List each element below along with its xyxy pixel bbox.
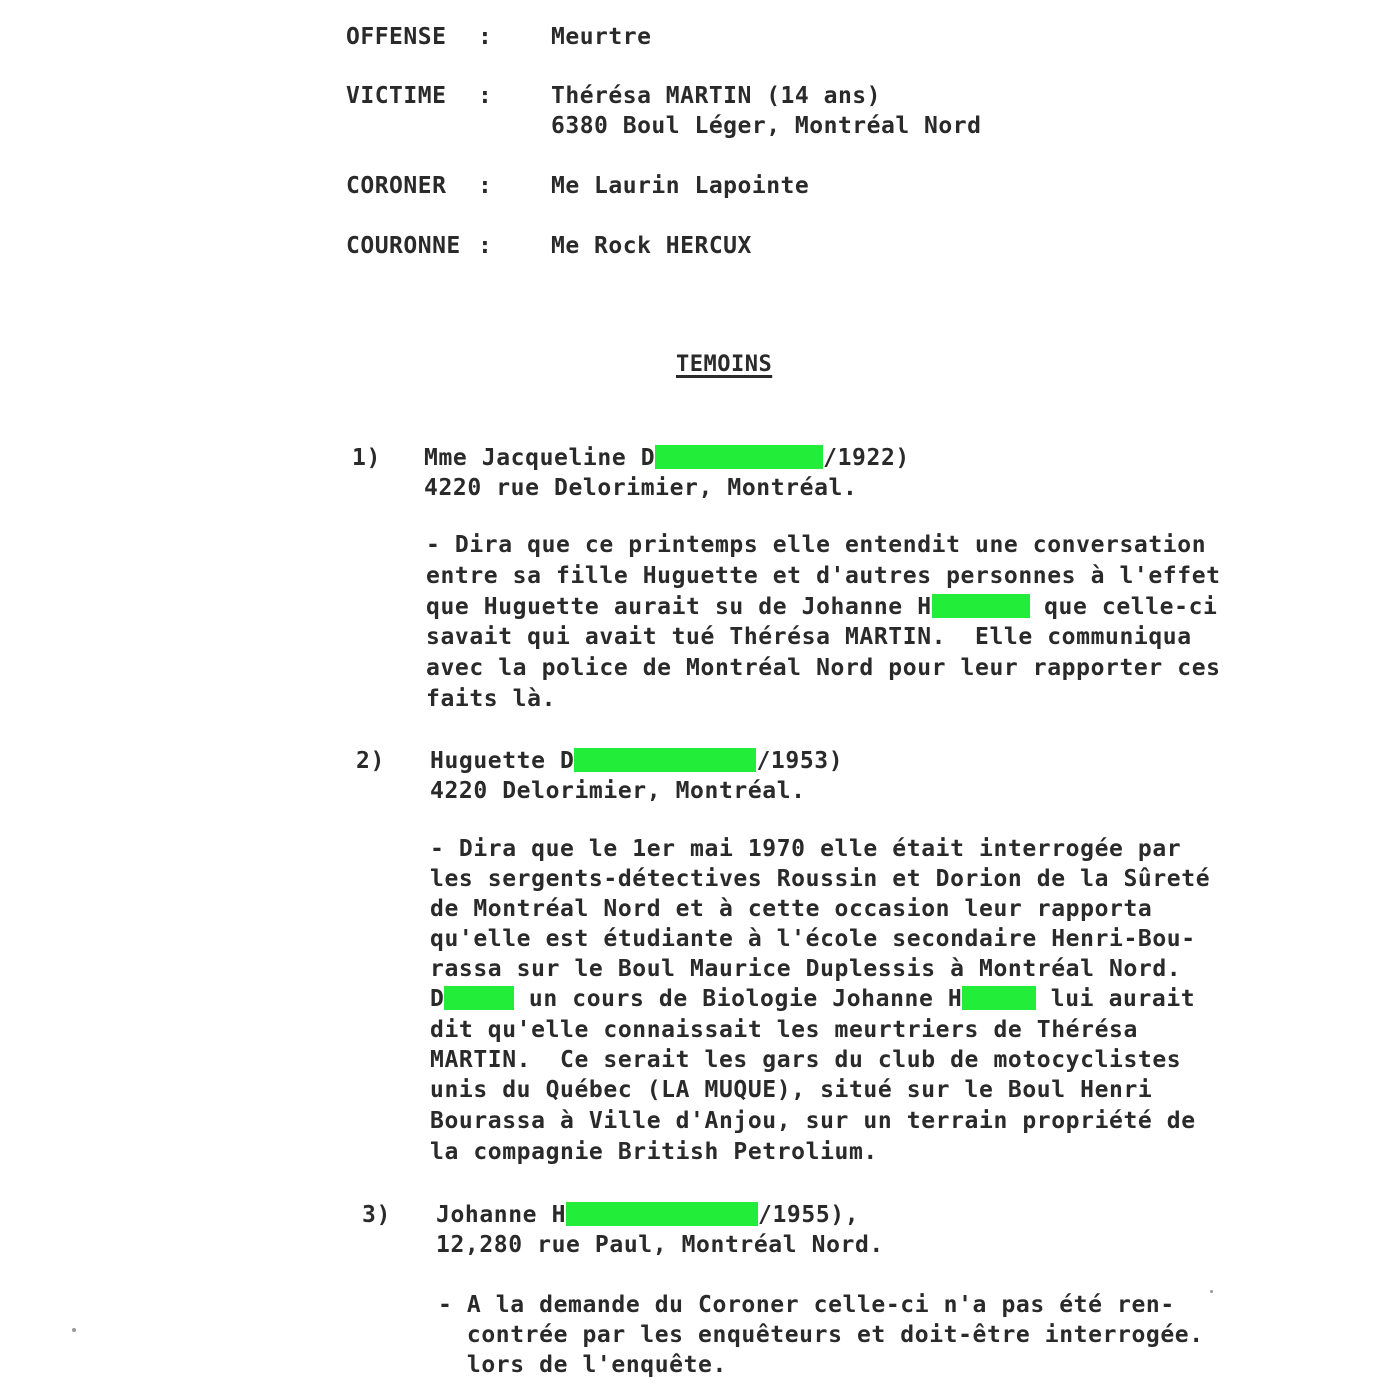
field-value: Thérésa MARTIN (14 ans) <box>551 81 881 111</box>
statement-line: - Dira que le 1er mai 1970 elle était in… <box>430 834 1181 865</box>
scan-speck <box>72 1328 76 1332</box>
field-label: OFFENSE <box>346 22 446 52</box>
scan-speck <box>1210 1290 1213 1293</box>
statement-line: - A la demande du Coroner celle-ci n'a p… <box>438 1290 1175 1321</box>
section-title: TEMOINS <box>676 352 772 377</box>
field-colon: : <box>478 22 492 52</box>
redaction-block <box>574 748 756 772</box>
redaction-block <box>566 1202 758 1226</box>
field-colon: : <box>478 231 492 261</box>
field-value-line2: 6380 Boul Léger, Montréal Nord <box>551 111 981 141</box>
field-colon: : <box>478 171 492 201</box>
statement-line: MARTIN. Ce serait les gars du club de mo… <box>430 1045 1181 1076</box>
statement-line: - Dira que ce printemps elle entendit un… <box>426 530 1206 561</box>
statement-line: D un cours de Biologie Johanne H lui aur… <box>430 984 1195 1015</box>
witness-name: Johanne H/1955), <box>436 1200 859 1231</box>
redaction-block <box>655 445 823 469</box>
statement-line: avec la police de Montréal Nord pour leu… <box>426 653 1221 684</box>
statement-line: entre sa fille Huguette et d'autres pers… <box>426 561 1221 592</box>
statement-line: la compagnie British Petrolium. <box>430 1137 878 1168</box>
redaction-block <box>444 986 514 1010</box>
redaction-block <box>932 594 1030 618</box>
witness-address: 4220 Delorimier, Montréal. <box>430 776 806 807</box>
statement-line: de Montréal Nord et à cette occasion leu… <box>430 894 1152 925</box>
field-label: VICTIME <box>346 81 446 111</box>
witness-name: Huguette D/1953) <box>430 746 843 777</box>
field-value: Meurtre <box>551 22 651 52</box>
statement-line: rassa sur le Boul Maurice Duplessis à Mo… <box>430 954 1181 985</box>
statement-line: qu'elle est étudiante à l'école secondai… <box>430 924 1196 955</box>
witness-address: 4220 rue Delorimier, Montréal. <box>424 473 857 504</box>
statement-line: dit qu'elle connaissait les meurtriers d… <box>430 1015 1138 1046</box>
field-colon: : <box>478 81 492 111</box>
field-label: CORONER <box>346 171 446 201</box>
witness-number: 3) <box>362 1200 391 1231</box>
witness-name: Mme Jacqueline D/1922) <box>424 443 910 474</box>
field-value: Me Laurin Lapointe <box>551 171 809 201</box>
redaction-block <box>962 986 1036 1010</box>
statement-line: faits là. <box>426 684 556 715</box>
witness-number: 2) <box>356 746 385 777</box>
statement-line: contrée par les enquêteurs et doit-être … <box>438 1320 1204 1351</box>
statement-line: Bourassa à Ville d'Anjou, sur un terrain… <box>430 1106 1196 1137</box>
statement-line: unis du Québec (LA MUQUE), situé sur le … <box>430 1075 1152 1106</box>
field-value: Me Rock HERCUX <box>551 231 752 261</box>
statement-line: lors de l'enquête. <box>438 1350 727 1381</box>
witness-address: 12,280 rue Paul, Montréal Nord. <box>436 1230 884 1261</box>
statement-line: savait qui avait tué Thérésa MARTIN. Ell… <box>426 622 1192 653</box>
statement-line: les sergents-détectives Roussin et Dorio… <box>430 864 1210 895</box>
document-page: OFFENSE : Meurtre VICTIME : Thérésa MART… <box>0 0 1400 1400</box>
witness-number: 1) <box>352 443 381 474</box>
statement-line: que Huguette aurait su de Johanne H que … <box>426 592 1217 623</box>
field-label: COURONNE <box>346 231 461 261</box>
